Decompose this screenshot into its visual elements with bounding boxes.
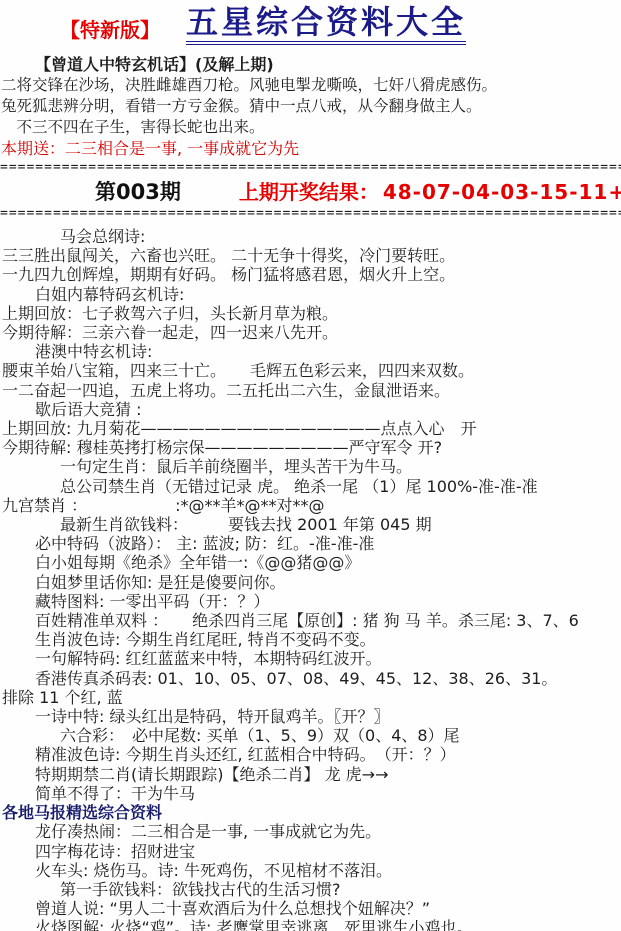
last-result-numbers: 48-07-04-03-15-11+22 [383,180,621,204]
body-line: 最新生肖欲钱料： 要钱去找 2001 年第 045 期 [0,515,621,534]
body-line: 曾道人说: “男人二十喜欢酒后为什么总想找个妞解决？” [0,899,621,918]
body-line: 藏特图料: 一零出平码（开：？） [0,592,621,611]
body-line: 三三胜出鼠闯关，六畜也兴旺。 二十无争十得奖，冷门要转旺。 [0,246,621,265]
intro-line: 不三不四在子生，害得长蛇也出来。 [0,117,621,138]
body-line: 百姓精准单双料 ： 绝杀四肖三尾【原创】: 猪 狗 马 羊。杀三尾: 3、7、6 [0,611,621,630]
body-line: 九宫禁肖 ： :*@**羊*@**对**@ [0,496,621,515]
divider-line: ========================================… [0,208,621,220]
body-line: 总公司禁生肖（无错过记录 虎。 绝杀一尾 （1）尾 100%-准-准-准 [0,477,621,496]
body-line: 简单不得了：干为牛马 [0,784,621,803]
body-line: 排除 11 个红, 蓝 [0,688,621,707]
body-line: 一二奋起一四追，五虎上将功。二五托出二六生，金鼠泄语来。 [0,381,621,400]
edition-badge: 【特新版】 [60,14,160,43]
body-line: 腰束羊始八宝箱，四来三十亡。 毛辉五色彩云来，四四来双数。 [0,361,621,380]
gift-line: 本期送：二三相合是一事, 一事成就它为先 [0,138,621,160]
body-line: 香港传真杀码表: 01、10、05、07、08、49、45、12、38、26、3… [0,669,621,688]
body-line: 火车头: 烧伤马。诗: 牛死鸡伤，不见棺材不落泪。 [0,861,621,880]
intro-line: 二将交锋在沙场，决胜雌雄酉刀枪。风驰电掣龙嘶唤，七奸八猾虎感伤。 [0,75,621,96]
body-line: 第一手欲钱料：欲钱找古代的生活习惯? [0,880,621,899]
body-line: 生肖波色诗: 今期生肖红尾旺, 特肖不变码不变。 [0,630,621,649]
content-body: 马会总纲诗: 三三胜出鼠闯关，六畜也兴旺。 二十无争十得奖，冷门要转旺。 一九四… [0,227,621,931]
body-line: 今期待解: 穆桂英拷打杨宗保—————————严守军令 开? [0,438,621,457]
body-line: 上期回放: 九月菊花———————————————点点入心 开 [0,419,621,438]
body-line: 特期期禁二肖(请长期跟踪)【绝杀二肖】 龙 虎→→ [0,765,621,784]
body-line: 歇后语大竞猜 : [0,400,621,419]
issue-number: 第003期 [95,176,181,206]
body-line: 一句解特码: 红红蓝蓝来中特，本期特码红波开。 [0,649,621,668]
body-line: 四字梅花诗：招财进宝 [0,842,621,861]
intro-heading: 【曾道人中特玄机话】(及解上期) [0,55,621,75]
body-line: 必中特码（波路）： 主: 蓝波; 防：红。-准-准-准 [0,534,621,553]
body-line: 今期待解：三亲六眷一起走，四一迟来八先开。 [0,323,621,342]
page-title: 五星综合资料大全 [186,5,466,45]
last-result-label: 上期开奖结果： [239,176,379,205]
intro-line: 兔死狐悲辨分明，看错一方亏金猴。猜中一点八戒，从今翻身做主人。 [0,96,621,117]
body-line: 白姐梦里话你知: 是狂是傻要问你。 [0,573,621,592]
body-line: 一九四九创辉煌，期期有好码。 杨门猛将感君恩，烟火升上空。 [0,265,621,284]
body-line: 上期回放：七子救驾六子归，头长新月草为粮。 [0,304,621,323]
divider-line: ========================================… [0,162,621,174]
period-bar: 第003期 上期开奖结果： 48-07-04-03-15-11+22 [0,176,621,206]
body-line: 白姐内幕特码玄机诗: [0,285,621,304]
page: 【特新版】 五星综合资料大全 【曾道人中特玄机话】(及解上期) 二将交锋在沙场，… [0,0,621,931]
body-line: 火烧图解: 火烧“鸡”。诗: 老鹰掌里幸逃离，死里逃生小鸡也。 [0,918,621,931]
body-line: 马会总纲诗: [0,227,621,246]
body-line: 六合彩： 必中尾数: 买单（1、5、9）双（0、4、8）尾 [0,726,621,745]
body-line: 龙仔凑热闹：二三相合是一事, 一事成就它为先。 [0,822,621,841]
section-heading: 各地马报精选综合资料 [0,803,621,822]
header: 【特新版】 五星综合资料大全 [0,5,621,51]
body-line: 精准波色诗: 今期生肖头还红, 红蓝相合中特码。 （开：？） [0,745,621,764]
body-line: 一句定生肖：鼠后羊前绕圈半，埋头苦干为牛马。 [0,457,621,476]
body-line: 一诗中特: 绿头红出是特码，特开鼠鸡羊。〖开？〗 [0,707,621,726]
body-line: 白小姐每期《绝杀》全年错一:《@@猪@@》 [0,553,621,572]
body-line: 港澳中特玄机诗: [0,342,621,361]
